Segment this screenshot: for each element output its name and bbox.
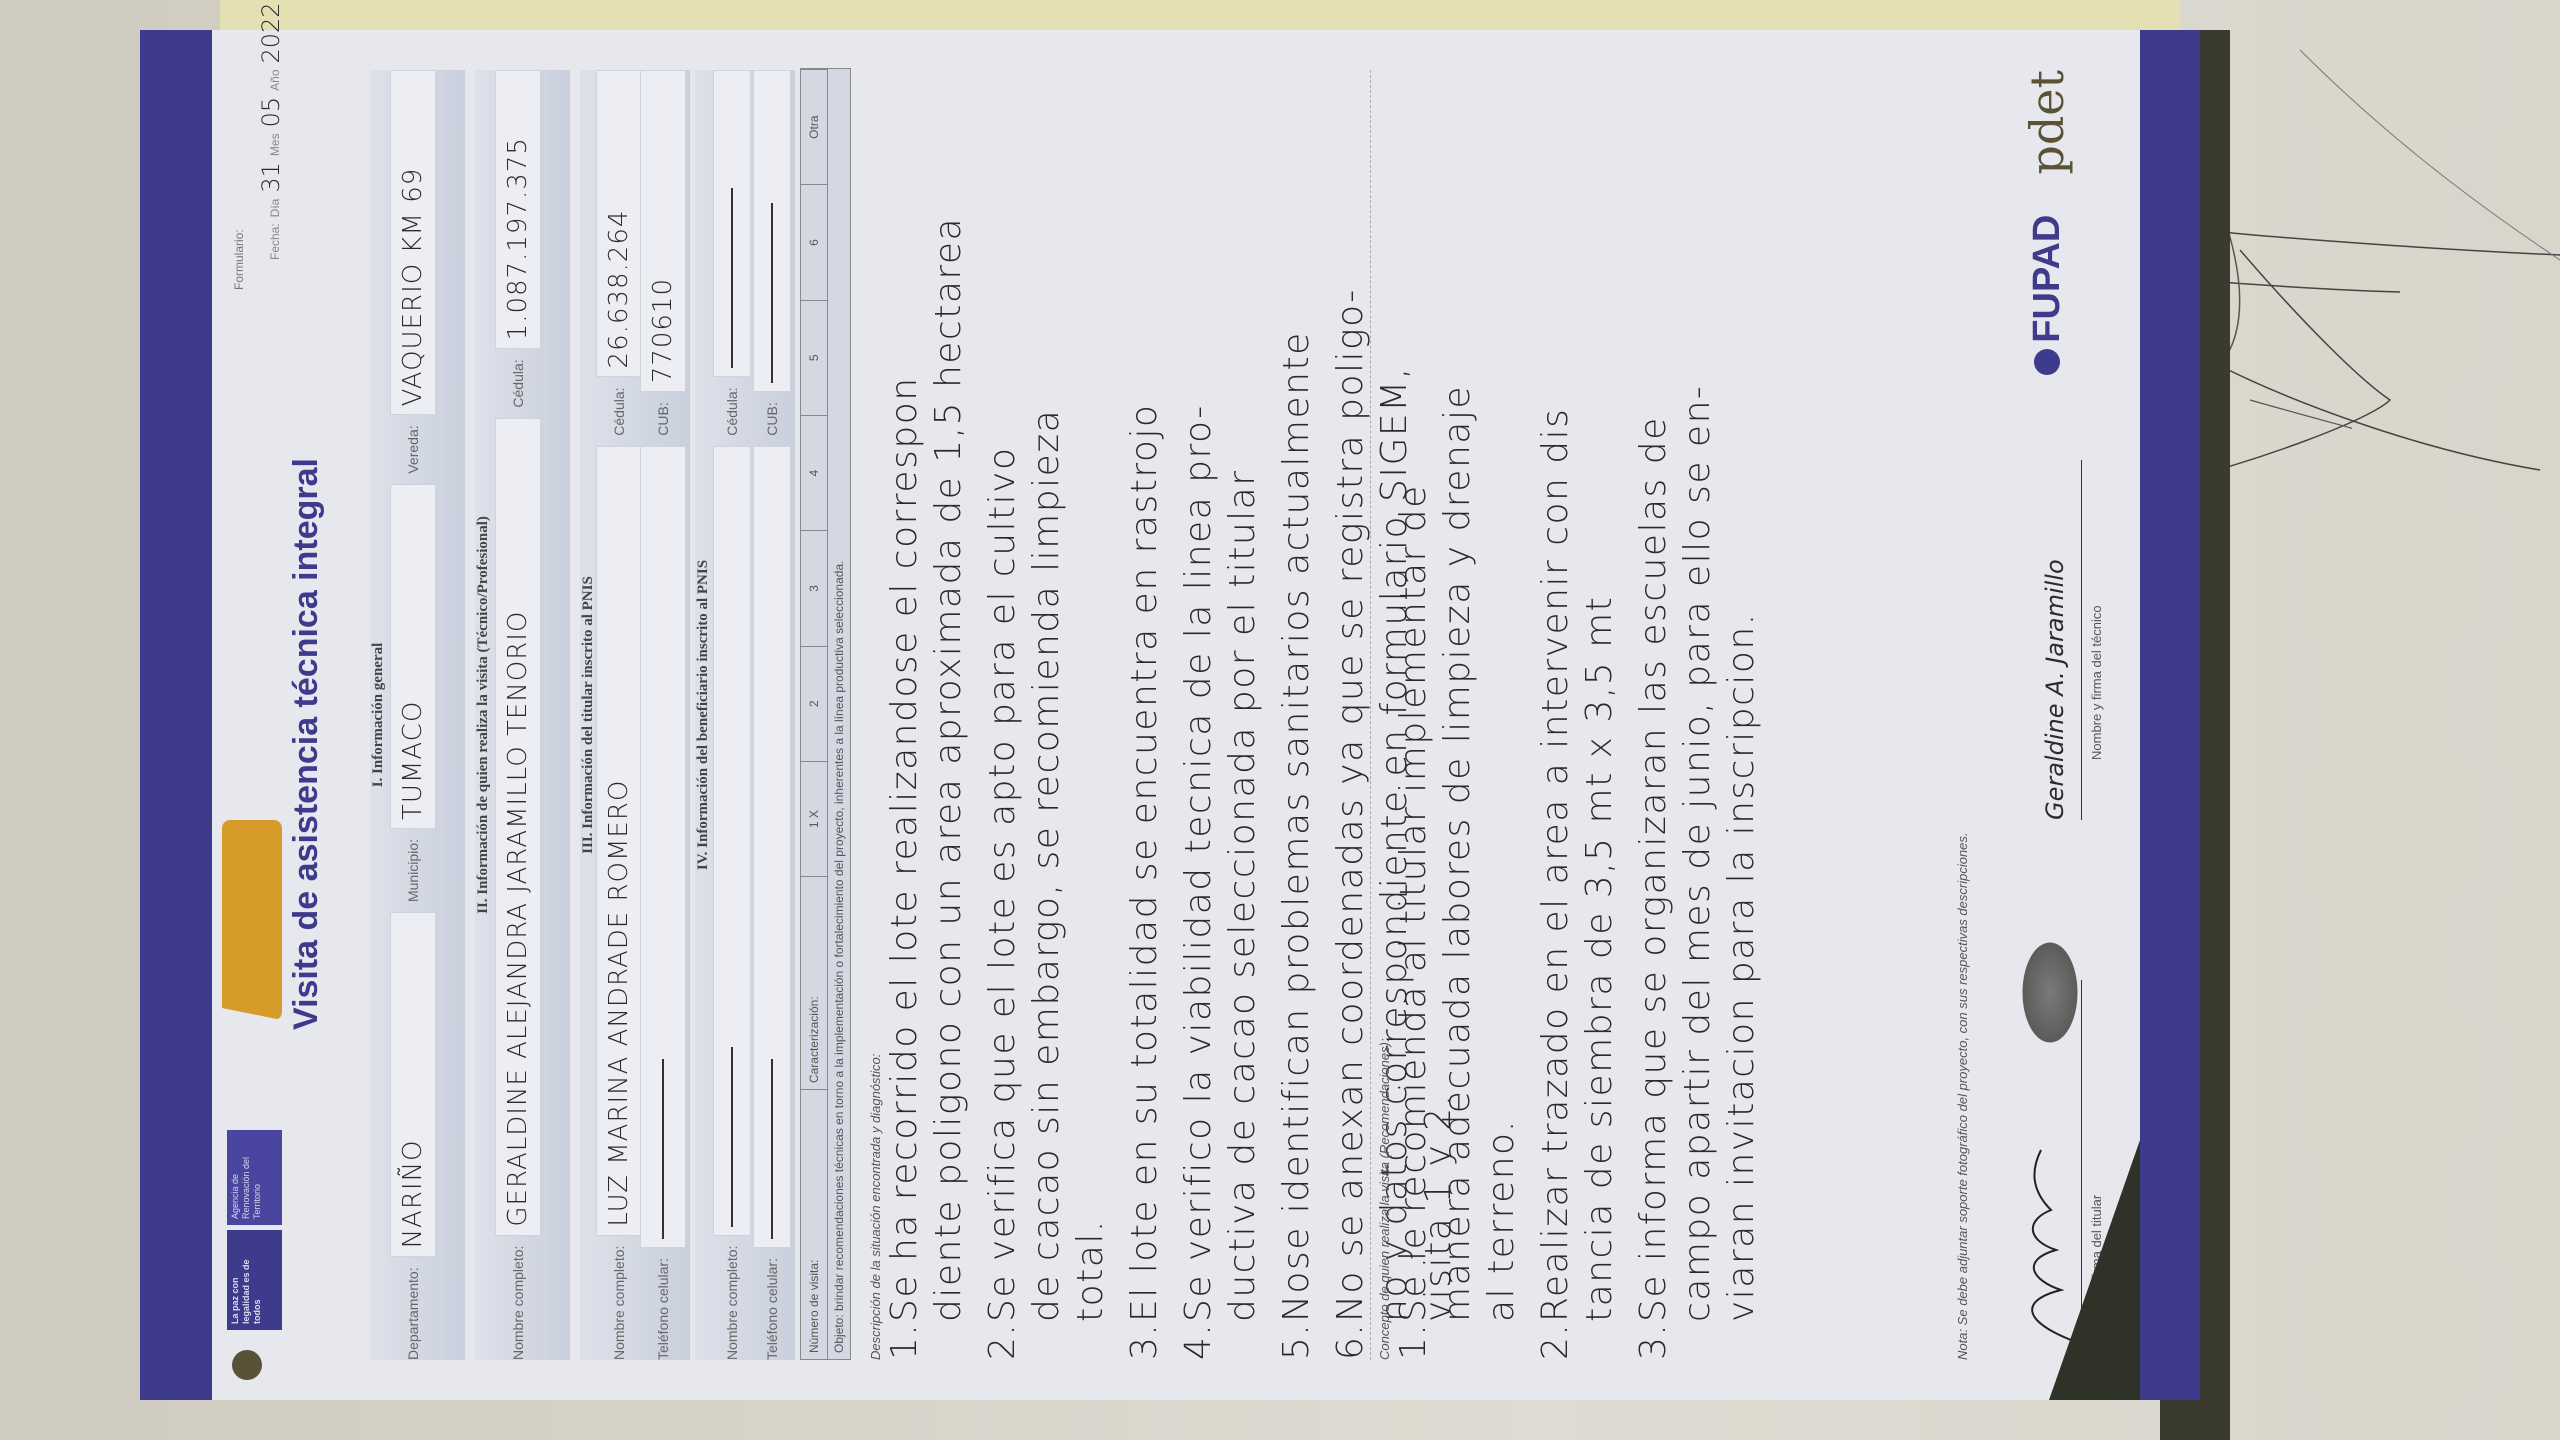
handwritten-item: 1.Se le recomienda al titular implementa…: [1392, 70, 1524, 1360]
mes-value[interactable]: 05: [257, 97, 285, 128]
benef-cedula-field[interactable]: [713, 70, 751, 377]
handwritten-line: 3.Se informa que se organizaran las escu…: [1632, 70, 1676, 1360]
section-visitor: II. Información de quien realiza la visi…: [475, 70, 570, 1360]
handwritten-item: 5.Nose identifican problemas sanitarios …: [1275, 70, 1319, 1360]
visitor-cedula-value: 1.087.197.375: [503, 137, 533, 340]
benef-nombre-field[interactable]: [713, 446, 751, 1236]
municipio-value: TUMACO: [398, 701, 428, 820]
benef-cedula-row: Cédula:: [712, 70, 752, 436]
titular-cedula-label: Cédula:: [611, 387, 627, 435]
handwritten-line: 5.Nose identifican problemas sanitarios …: [1275, 70, 1319, 1360]
visit-option-3[interactable]: 3: [801, 530, 827, 645]
item-number: 3.: [1632, 1322, 1676, 1360]
titular-nombre-value: LUZ MARINA ANDRADE ROMERO: [604, 780, 634, 1227]
benef-cub-label: CUB:: [764, 402, 780, 435]
recomendaciones-block: Concepto de quien realiza la visita (Rec…: [1370, 70, 1774, 1360]
top-band: [140, 30, 212, 1400]
item-number: 3.: [1123, 1322, 1167, 1360]
handwritten-line: 1.Se le recomienda al titular implementa…: [1392, 70, 1436, 1360]
signature-scribble-icon: [2011, 1140, 2081, 1360]
art-badge: Agencia de Renovación del Territorio: [227, 1130, 282, 1225]
colombia-crest-icon: [232, 1350, 262, 1380]
handwritten-item: 3.El lote en su totalidad se encuentra e…: [1123, 70, 1167, 1360]
handwritten-line: diente poligono con un area aproximada d…: [927, 70, 971, 1360]
municipio-label: Municipio:: [405, 839, 421, 902]
handwritten-item: 2.Realizar trazado en el area a interven…: [1534, 70, 1622, 1360]
section-beneficiario-title: IV. Información del beneficiario inscrit…: [695, 70, 712, 1360]
recomendaciones-label: Concepto de quien realiza la visita (Rec…: [1377, 70, 1392, 1360]
mes-label: Mes: [268, 133, 282, 156]
dia-label: Día: [268, 199, 282, 218]
benef-cub-row: CUB:: [752, 70, 792, 436]
visitor-nombre-field[interactable]: GERALDINE ALEJANDRA JARAMILLO TENORIO: [495, 418, 541, 1236]
general-row: Departamento: NARIÑO Municipio: TUMACO V…: [387, 70, 439, 1360]
blank-dash: [771, 203, 773, 383]
municipio-field[interactable]: TUMACO: [390, 484, 436, 829]
visitor-nombre-value: GERALDINE ALEJANDRA JARAMILLO TENORIO: [503, 611, 533, 1227]
handwritten-line: 2.Realizar trazado en el area a interven…: [1534, 70, 1578, 1360]
handwritten-line: viaran invitacion para la inscripcion.: [1720, 70, 1764, 1360]
tecnico-signature[interactable]: Geraldine A. Jaramillo: [2041, 460, 2082, 820]
section-beneficiario: IV. Información del beneficiario inscrit…: [695, 70, 795, 1360]
item-number: 1.: [883, 1322, 927, 1360]
titular-cub-label: CUB:: [655, 402, 671, 435]
handwritten-line: 6.No se anexan coordenadas ya que se reg…: [1329, 70, 1373, 1360]
titular-nombre-row: Nombre completo: LUZ MARINA ANDRADE ROME…: [597, 446, 641, 1360]
rotated-document: La paz con legalidad es de todos Agencia…: [140, 30, 2200, 1400]
caracterizacion-label: Caracterización:: [801, 876, 827, 1089]
item-number: 4.: [1177, 1322, 1221, 1360]
visitor-cedula-label: Cédula:: [510, 359, 526, 407]
globe-icon: [2034, 349, 2060, 375]
departamento-label: Departamento:: [405, 1267, 421, 1360]
vereda-field[interactable]: VAQUERIO KM 69: [390, 70, 436, 415]
page-title: Visita de asistencia técnica integral: [287, 458, 326, 1030]
benef-cedula-label: Cédula:: [724, 387, 740, 435]
blank-dash: [731, 188, 733, 368]
item-number: 2.: [981, 1322, 1025, 1360]
titular-cedula-row: Cédula: 26.638.264: [597, 70, 641, 436]
titular-cedula-value: 26.638.264: [604, 210, 634, 369]
pdet-logo: pdet: [2020, 70, 2074, 175]
titular-telefono-field[interactable]: [640, 446, 686, 1248]
fingerprint-icon: [2023, 943, 2078, 1043]
bottom-band: [2140, 30, 2200, 1400]
vereda-label: Vereda:: [405, 425, 421, 473]
item-number: 1.: [1392, 1322, 1436, 1360]
tecnico-signature-label: Nombre y firma del técnico: [2089, 605, 2104, 760]
handwritten-item: 1.Se ha recorrido el lote realizandose e…: [883, 70, 971, 1360]
visitor-row: Nombre completo: GERALDINE ALEJANDRA JAR…: [492, 70, 544, 1360]
handwritten-item: 4.Se verifico la viabilidad tecnica de l…: [1177, 70, 1265, 1360]
dia-value[interactable]: 31: [257, 162, 285, 193]
titular-telefono-label: Teléfono celular:: [655, 1258, 671, 1360]
section-general: I. Información general Departamento: NAR…: [370, 70, 465, 1360]
blank-dash: [771, 1059, 773, 1239]
anio-label: Año: [268, 70, 282, 91]
titular-cub-value: 770610: [648, 278, 678, 383]
handwritten-line: 2.Se verifica que el lote es apto para e…: [981, 70, 1025, 1360]
departamento-value: NARIÑO: [398, 1140, 428, 1249]
handwritten-line: manera adecuada labores de limpieza y dr…: [1436, 70, 1480, 1360]
visit-option-1[interactable]: 1 X: [801, 761, 827, 876]
visit-number-row: Número de visita: Caracterización: 1 X 2…: [801, 69, 828, 1359]
blank-dash: [731, 1047, 733, 1227]
section-titular-title: III. Información del titular inscrito al…: [580, 70, 597, 1360]
section-visitor-title: II. Información de quien realiza la visi…: [475, 70, 492, 1360]
item-number: 6.: [1329, 1322, 1373, 1360]
section-general-title: I. Información general: [370, 70, 387, 1360]
formulario-label: Formulario:: [232, 229, 246, 290]
handwritten-line: tancia de siembra de 3,5 mt x 3,5 mt: [1578, 70, 1622, 1360]
handwritten-line: de cacao sin embargo, se recomienda limp…: [1025, 70, 1069, 1360]
paper-stack-edge: [220, 0, 2180, 32]
handwritten-line: 3.El lote en su totalidad se encuentra e…: [1123, 70, 1167, 1360]
benef-telefono-label: Teléfono celular:: [764, 1258, 780, 1360]
visit-option-4[interactable]: 4: [801, 415, 827, 530]
diagnostico-label: Descripción de la situación encontrada y…: [868, 70, 883, 1360]
visit-number-label: Número de visita:: [801, 1089, 827, 1359]
handwritten-line: campo apartir del mes de junio, para ell…: [1676, 70, 1720, 1360]
objeto-text: Objeto: brindar recomendaciones técnicas…: [828, 69, 850, 1359]
titular-cub-row: CUB: 770610: [641, 70, 685, 436]
gov-badge: La paz con legalidad es de todos: [227, 1230, 282, 1330]
handwritten-line: total.: [1069, 70, 1113, 1360]
benef-nombre-label: Nombre completo:: [724, 1246, 740, 1360]
visit-option-6[interactable]: 6: [801, 184, 827, 299]
benef-cub-field[interactable]: [753, 70, 791, 392]
handwritten-item: 2.Se verifica que el lote es apto para e…: [981, 70, 1113, 1360]
departamento-field[interactable]: NARIÑO: [390, 912, 436, 1257]
benef-telefono-row: Teléfono celular:: [752, 446, 792, 1360]
titular-telefono-row: Teléfono celular:: [641, 446, 685, 1360]
fupad-text: FUPAD: [2026, 215, 2069, 343]
handwritten-line: 4.Se verifico la viabilidad tecnica de l…: [1177, 70, 1221, 1360]
benef-telefono-field[interactable]: [753, 446, 791, 1248]
item-number: 2.: [1534, 1322, 1578, 1360]
blank-dash: [662, 1059, 664, 1239]
nota-text: Nota: Se debe adjuntar soporte fotográfi…: [1955, 832, 1970, 1360]
fupad-logo: FUPAD: [2026, 215, 2069, 375]
titular-cedula-field[interactable]: 26.638.264: [596, 70, 642, 377]
anio-value[interactable]: 2022: [257, 2, 285, 63]
handwritten-item: 3.Se informa que se organizaran las escu…: [1632, 70, 1764, 1360]
visitor-nombre-label: Nombre completo:: [510, 1246, 526, 1360]
visit-table: Número de visita: Caracterización: 1 X 2…: [800, 68, 851, 1360]
fecha-label: Fecha:: [268, 223, 282, 260]
handwritten-line: 1.Se ha recorrido el lote realizandose e…: [883, 70, 927, 1360]
form-header: La paz con legalidad es de todos Agencia…: [212, 30, 362, 1400]
handwritten-line: al terreno.: [1480, 70, 1524, 1360]
item-number: 5.: [1275, 1322, 1319, 1360]
vereda-value: VAQUERIO KM 69: [398, 168, 428, 407]
benef-nombre-row: Nombre completo:: [712, 446, 752, 1360]
titular-nombre-field[interactable]: LUZ MARINA ANDRADE ROMERO: [596, 446, 642, 1236]
visit-option-5[interactable]: 5: [801, 300, 827, 415]
visit-option-2[interactable]: 2: [801, 646, 827, 761]
recomendaciones-items[interactable]: 1.Se le recomienda al titular implementa…: [1392, 70, 1764, 1360]
handwritten-line: ductiva de cacao seleccionada por el tit…: [1221, 70, 1265, 1360]
titular-cub-field[interactable]: 770610: [640, 70, 686, 392]
gold-logo-icon: [222, 820, 282, 1020]
fecha-field: Fecha: Día 31 Mes 05 Año 2022: [257, 2, 285, 260]
visitor-cedula-field[interactable]: 1.087.197.375: [495, 70, 541, 349]
titular-nombre-label: Nombre completo:: [611, 1246, 627, 1360]
section-titular: III. Información del titular inscrito al…: [580, 70, 690, 1360]
form-sheet: La paz con legalidad es de todos Agencia…: [140, 30, 2200, 1400]
footer-logos: FUPAD pdet: [2020, 70, 2074, 375]
visit-option-otra[interactable]: Otra: [801, 69, 827, 184]
